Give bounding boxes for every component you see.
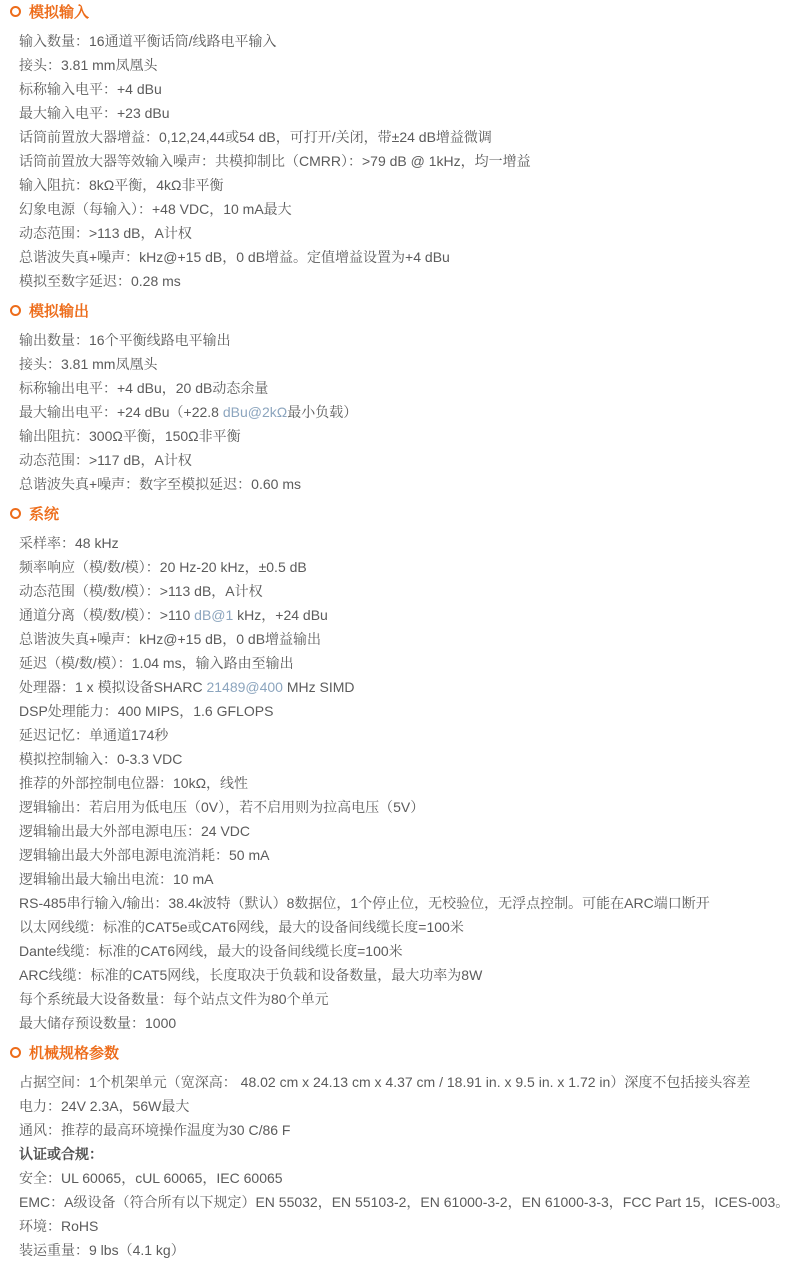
spec-text: 接头：3.81 mm凤凰头 [19,57,157,73]
spec-text: EMC：A级设备（符合所有以下规定）EN 55032，EN 55103-2，EN… [19,1194,789,1210]
spec-line: 逻辑输出最大输出电流：10 mA [19,867,796,891]
spec-line: 装运重量：9 lbs（4.1 kg） [19,1238,796,1262]
spec-text: 最大输入电平：+23 dBu [19,105,170,121]
spec-line: 标称输出电平：+4 dBu，20 dB动态余量 [19,376,796,400]
spec-line: 输出数量：16个平衡线路电平输出 [19,328,796,352]
linked-text[interactable]: 21489@400 [206,679,283,695]
spec-text: MHz SIMD [283,679,355,695]
spec-text: 认证或合规： [19,1146,103,1162]
spec-line: RS-485串行输入/输出：38.4k波特（默认）8数据位，1个停止位，无校验位… [19,891,796,915]
spec-line: 逻辑输出：若启用为低电压（0V），若不启用则为拉高电压（5V） [19,795,796,819]
spec-line: 处理器：1 x 模拟设备SHARC 21489@400 MHz SIMD [19,675,796,699]
spec-text: 占据空间：1个机架单元（宽深高： 48.02 cm x 24.13 cm x 4… [19,1074,750,1090]
spec-line: 总谐波失真+噪声：数字至模拟延迟：0.60 ms [19,472,796,496]
spec-text: 幻象电源（每输入）：+48 VDC，10 mA最大 [19,201,292,217]
spec-text: 频率响应（模/数/模）：20 Hz-20 kHz，±0.5 dB [19,559,307,575]
spec-text: 输入数量：16通道平衡话筒/线路电平输入 [19,33,276,49]
spec-line: 接头：3.81 mm凤凰头 [19,53,796,77]
spec-line: 通道分离（模/数/模）：>110 dB@1 kHz，+24 dBu [19,603,796,627]
spec-text: 标称输入电平：+4 dBu [19,81,162,97]
spec-line: 模拟至数字延迟：0.28 ms [19,269,796,293]
section-title: 模拟输出 [29,303,89,321]
spec-text: 以太网线缆：标准的CAT5e或CAT6网线，最大的设备间线缆长度=100米 [19,919,464,935]
spec-text: 逻辑输出最大外部电源电压：24 VDC [19,823,250,839]
section-body: 采样率：48 kHz频率响应（模/数/模）：20 Hz-20 kHz，±0.5 … [10,531,796,1035]
spec-line: 电力：24V 2.3A，56W最大 [19,1094,796,1118]
circle-bullet-icon [10,6,21,17]
spec-text: 每个系统最大设备数量：每个站点文件为80个单元 [19,991,329,1007]
spec-line: 延迟（模/数/模）：1.04 ms，输入路由至输出 [19,651,796,675]
spec-line: 话筒前置放大器增益：0,12,24,44或54 dB，可打开/关闭，带±24 d… [19,125,796,149]
spec-text: 延迟记忆：单通道174秒 [19,727,168,743]
spec-text: 安全：UL 60065，cUL 60065，IEC 60065 [19,1170,283,1186]
spec-text: 总谐波失真+噪声：kHz@+15 dB，0 dB增益输出 [19,631,321,647]
spec-line: 频率响应（模/数/模）：20 Hz-20 kHz，±0.5 dB [19,555,796,579]
spec-section: 系统采样率：48 kHz频率响应（模/数/模）：20 Hz-20 kHz，±0.… [10,506,796,1035]
spec-line: 幻象电源（每输入）：+48 VDC，10 mA最大 [19,197,796,221]
spec-line: 总谐波失真+噪声：kHz@+15 dB，0 dB增益。定值增益设置为+4 dBu [19,245,796,269]
spec-text: 逻辑输出：若启用为低电压（0V），若不启用则为拉高电压（5V） [19,799,424,815]
spec-line: 逻辑输出最大外部电源电压：24 VDC [19,819,796,843]
spec-text: 环境：RoHS [19,1218,98,1234]
spec-line: 输入数量：16通道平衡话筒/线路电平输入 [19,29,796,53]
spec-text: 电力：24V 2.3A，56W最大 [19,1098,189,1114]
spec-line: 接头：3.81 mm凤凰头 [19,352,796,376]
spec-text: 延迟（模/数/模）：1.04 ms，输入路由至输出 [19,655,294,671]
spec-text: 标称输出电平：+4 dBu，20 dB动态余量 [19,380,268,396]
spec-line: 话筒前置放大器等效输入噪声：共模抑制比（CMRR）：>79 dB @ 1kHz，… [19,149,796,173]
spec-text: 总谐波失真+噪声：数字至模拟延迟：0.60 ms [19,476,301,492]
spec-line: 安全：UL 60065，cUL 60065，IEC 60065 [19,1166,796,1190]
spec-document: 模拟输入输入数量：16通道平衡话筒/线路电平输入接头：3.81 mm凤凰头标称输… [0,0,810,1280]
spec-text: 动态范围：>117 dB，A计权 [19,452,192,468]
spec-line: 推荐的外部控制电位器：10kΩ，线性 [19,771,796,795]
spec-text: RS-485串行输入/输出：38.4k波特（默认）8数据位，1个停止位，无校验位… [19,895,710,911]
spec-text: 动态范围：>113 dB，A计权 [19,225,192,241]
spec-line: 动态范围：>117 dB，A计权 [19,448,796,472]
section-header: 机械规格参数 [10,1045,796,1063]
spec-text: 最大输出电平：+24 dBu（+22.8 [19,404,223,420]
spec-text: 装运重量：9 lbs（4.1 kg） [19,1242,185,1258]
spec-line: 以太网线缆：标准的CAT5e或CAT6网线，最大的设备间线缆长度=100米 [19,915,796,939]
spec-line: 总谐波失真+噪声：kHz@+15 dB，0 dB增益输出 [19,627,796,651]
spec-text: 通道分离（模/数/模）：>110 [19,607,194,623]
spec-line: 模拟控制输入：0-3.3 VDC [19,747,796,771]
spec-line: DSP处理能力：400 MIPS，1.6 GFLOPS [19,699,796,723]
spec-line: 通风：推荐的最高环境操作温度为30 C/86 F [19,1118,796,1142]
spec-text: 最大储存预设数量：1000 [19,1015,176,1031]
spec-text: 模拟控制输入：0-3.3 VDC [19,751,182,767]
section-header: 系统 [10,506,796,524]
spec-section: 机械规格参数占据空间：1个机架单元（宽深高： 48.02 cm x 24.13 … [10,1045,796,1262]
spec-line: 每个系统最大设备数量：每个站点文件为80个单元 [19,987,796,1011]
spec-text: 最小负载） [287,404,357,420]
spec-text: 话筒前置放大器增益：0,12,24,44或54 dB，可打开/关闭，带±24 d… [19,129,492,145]
spec-text: 输出阻抗：300Ω平衡，150Ω非平衡 [19,428,241,444]
spec-line: 标称输入电平：+4 dBu [19,77,796,101]
spec-text: 模拟至数字延迟：0.28 ms [19,273,181,289]
spec-text: 通风：推荐的最高环境操作温度为30 C/86 F [19,1122,290,1138]
spec-line: EMC：A级设备（符合所有以下规定）EN 55032，EN 55103-2，EN… [19,1190,796,1214]
spec-line: 环境：RoHS [19,1214,796,1238]
section-title: 机械规格参数 [29,1045,119,1063]
spec-line: 最大输入电平：+23 dBu [19,101,796,125]
spec-line: 输入阻抗：8kΩ平衡，4kΩ非平衡 [19,173,796,197]
section-title: 系统 [29,506,59,524]
spec-text: 逻辑输出最大输出电流：10 mA [19,871,213,887]
linked-text[interactable]: dB@1 [194,607,233,623]
section-body: 占据空间：1个机架单元（宽深高： 48.02 cm x 24.13 cm x 4… [10,1070,796,1262]
spec-line: 最大储存预设数量：1000 [19,1011,796,1035]
spec-line: Dante线缆：标准的CAT6网线，最大的设备间线缆长度=100米 [19,939,796,963]
circle-bullet-icon [10,508,21,519]
spec-text: 总谐波失真+噪声：kHz@+15 dB，0 dB增益。定值增益设置为+4 dBu [19,249,450,265]
spec-text: 逻辑输出最大外部电源电流消耗：50 mA [19,847,269,863]
spec-text: 采样率：48 kHz [19,535,119,551]
circle-bullet-icon [10,1047,21,1058]
spec-text: 话筒前置放大器等效输入噪声：共模抑制比（CMRR）：>79 dB @ 1kHz，… [19,153,531,169]
spec-line: 最大输出电平：+24 dBu（+22.8 dBu@2kΩ最小负载） [19,400,796,424]
section-title: 模拟输入 [29,4,89,22]
spec-text: DSP处理能力：400 MIPS，1.6 GFLOPS [19,703,273,719]
spec-line: 延迟记忆：单通道174秒 [19,723,796,747]
spec-text: ARC线缆：标准的CAT5网线，长度取决于负载和设备数量，最大功率为8W [19,967,482,983]
spec-text: 接头：3.81 mm凤凰头 [19,356,157,372]
spec-text: kHz，+24 dBu [233,607,328,623]
spec-line: 逻辑输出最大外部电源电流消耗：50 mA [19,843,796,867]
spec-line: 采样率：48 kHz [19,531,796,555]
section-header: 模拟输入 [10,4,796,22]
circle-bullet-icon [10,305,21,316]
spec-section: 模拟输入输入数量：16通道平衡话筒/线路电平输入接头：3.81 mm凤凰头标称输… [10,4,796,293]
spec-text: 动态范围（模/数/模）：>113 dB，A计权 [19,583,263,599]
spec-section: 模拟输出输出数量：16个平衡线路电平输出接头：3.81 mm凤凰头标称输出电平：… [10,303,796,496]
section-body: 输入数量：16通道平衡话筒/线路电平输入接头：3.81 mm凤凰头标称输入电平：… [10,29,796,293]
section-header: 模拟输出 [10,303,796,321]
spec-line: 动态范围：>113 dB，A计权 [19,221,796,245]
spec-line: 占据空间：1个机架单元（宽深高： 48.02 cm x 24.13 cm x 4… [19,1070,796,1094]
spec-text: 输入阻抗：8kΩ平衡，4kΩ非平衡 [19,177,224,193]
spec-text: Dante线缆：标准的CAT6网线，最大的设备间线缆长度=100米 [19,943,403,959]
spec-line: 输出阻抗：300Ω平衡，150Ω非平衡 [19,424,796,448]
spec-text: 推荐的外部控制电位器：10kΩ，线性 [19,775,248,791]
spec-line: 动态范围（模/数/模）：>113 dB，A计权 [19,579,796,603]
spec-line: 认证或合规： [19,1142,796,1166]
linked-text[interactable]: dBu@2kΩ [223,404,287,420]
spec-line: ARC线缆：标准的CAT5网线，长度取决于负载和设备数量，最大功率为8W [19,963,796,987]
spec-text: 处理器：1 x 模拟设备SHARC [19,679,206,695]
spec-text: 输出数量：16个平衡线路电平输出 [19,332,231,348]
section-body: 输出数量：16个平衡线路电平输出接头：3.81 mm凤凰头标称输出电平：+4 d… [10,328,796,496]
